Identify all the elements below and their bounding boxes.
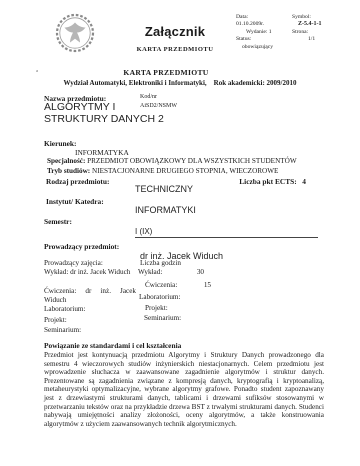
hours-row-value: 15 <box>204 281 211 289</box>
meta-status-value: obowiązujący <box>236 44 292 51</box>
course-name-value: ALGORYTMY I STRUKTURY DANYCH 2 <box>44 101 174 125</box>
hours-row-seminar: Seminarium: <box>144 314 210 322</box>
study-mode-value: NIESTACJONARNE DRUGIEGO STOPNIA, WIECZOR… <box>92 167 278 175</box>
standards-section-body: Przedmiot jest kontynuacją przedmiotu Al… <box>44 351 324 428</box>
meta-strona-label: Strona: <box>292 29 348 36</box>
instructor-row-label: Projekt: <box>44 316 67 324</box>
field-of-study-value: INFORMATYKA <box>75 148 129 157</box>
instructor-row-project: Projekt: <box>44 316 136 325</box>
hours-row-value: 30 <box>197 268 204 276</box>
standards-section-heading: Powiązanie ze standardami i cel kształce… <box>44 341 181 350</box>
header-meta-left: Data: 01.10.2009r. Wydanie: 1 Status: ob… <box>236 14 292 51</box>
instructor-row-exercises: Ćwiczenia: dr inż. Jacek Widuch <box>44 287 136 304</box>
hours-row-label: Wykład: <box>138 268 162 276</box>
specialization-line: Specjalność: PRZEDMIOT OBOWIĄZKOWY DLA W… <box>47 157 337 165</box>
study-mode-label: Tryb studiów: <box>47 167 90 175</box>
study-mode-line: Tryb studiów: NIESTACJONARNE DRUGIEGO ST… <box>47 167 337 175</box>
ects-value: 4 <box>302 177 306 186</box>
instructor-row-label: Ćwiczenia: <box>44 287 76 295</box>
ects-line: Liczba pkt ECTS: 4 <box>210 177 306 186</box>
field-of-study-label: Kierunek: <box>44 139 76 148</box>
lecturer-label: Prowadzący przedmiot: <box>44 242 119 251</box>
meta-wydanie: Wydanie: 1 <box>236 29 292 36</box>
instructor-row-laboratory: Laboratorium: <box>44 305 136 314</box>
hours-row-label: Seminarium: <box>144 314 181 322</box>
attachment-title: Załącznik <box>100 24 250 39</box>
instructor-row-lecture: Wykład: dr inż. Jacek Widuch <box>44 268 136 277</box>
course-card-page: Załącznik KARTA PRZEDMIOTU Data: 01.10.2… <box>0 0 360 466</box>
hours-heading: Liczba godzin <box>140 259 181 267</box>
institute-label: Instytut/ Katedra: <box>46 197 104 206</box>
instructor-row-seminar: Seminarium: <box>44 326 136 335</box>
header-meta-block: Data: 01.10.2009r. Wydanie: 1 Status: ob… <box>236 14 348 51</box>
semester-value: I (IX) <box>135 227 152 236</box>
meta-data-label: Data: <box>236 14 292 21</box>
meta-symbol-value: Z-5.4-1-1 <box>292 21 348 28</box>
header-meta-right: Symbol: Z-5.4-1-1 Strona: 1/1 <box>292 14 348 51</box>
semester-label: Semestr: <box>44 217 72 226</box>
document-title: KARTA PRZEDMIOTU <box>0 68 332 77</box>
hours-row-exercises: Ćwiczenia: 15 <box>145 281 211 289</box>
class-instructors-heading: Prowadzący zajęcia: <box>44 259 103 267</box>
faculty-name: Wydział Automatyki, Elektroniki i Inform… <box>64 79 207 87</box>
attachment-subtitle: KARTA PRZEDMIOTU <box>100 46 250 53</box>
instructor-row-label: Wykład: <box>44 268 68 276</box>
instructor-row-value: dr inż. Jacek Widuch <box>70 268 130 276</box>
hours-row-project: Projekt: <box>145 304 211 312</box>
hours-row-label: Laboratorium: <box>139 293 181 301</box>
meta-strona-value: 1/1 <box>292 36 348 43</box>
hours-row-lecture: Wykład: 30 <box>138 268 204 276</box>
university-seal-icon <box>55 13 95 53</box>
specialization-value: PRZEDMIOT OBOWIĄZKOWY DLA WSZYSTKICH STU… <box>87 157 297 165</box>
instructor-row-label: Laboratorium: <box>44 305 86 313</box>
specialization-label: Specjalność: <box>47 157 85 165</box>
hours-row-label: Ćwiczenia: <box>145 281 177 289</box>
instructor-row-label: Seminarium: <box>44 326 81 334</box>
academic-year: Rok akademicki: 2009/2010 <box>214 79 297 87</box>
hours-row-laboratory: Laboratorium: <box>139 293 205 301</box>
course-type-value: TECHNICZNY <box>135 184 193 194</box>
meta-status-label: Status: <box>236 36 292 43</box>
course-type-label: Rodzaj przedmiotu: <box>46 177 109 186</box>
course-code-label: Kod/nr <box>140 94 157 100</box>
ects-label: Liczba pkt ECTS: <box>239 177 297 186</box>
faculty-line: Wydział Automatyki, Elektroniki i Inform… <box>0 79 360 87</box>
meta-symbol-label: Symbol: <box>292 14 348 21</box>
meta-data-value: 01.10.2009r. <box>236 21 292 28</box>
hours-row-label: Projekt: <box>145 304 168 312</box>
semester-underline <box>135 237 318 238</box>
institute-value: INFORMATYKI <box>135 205 196 215</box>
